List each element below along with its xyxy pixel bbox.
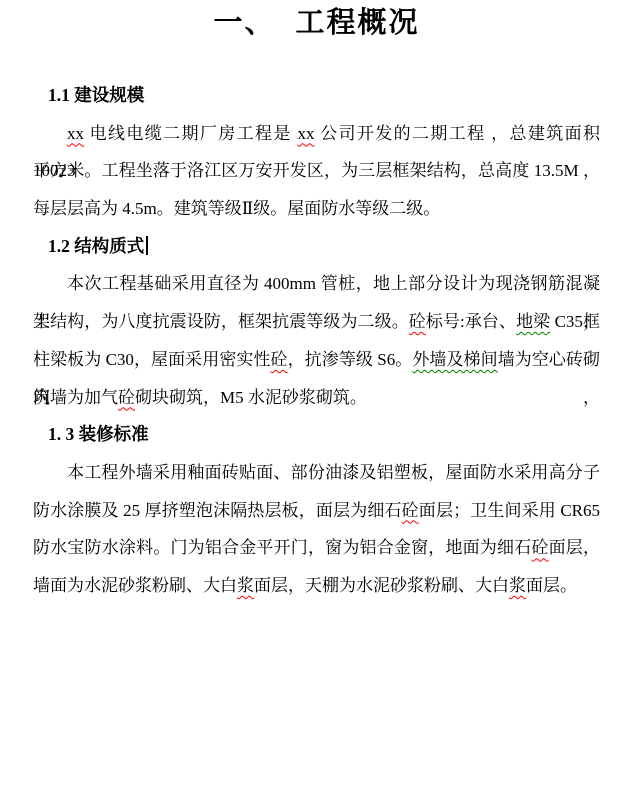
section-3-paragraph: 本工程外墙采用釉面砖贴面、部份油漆及铝塑板，屋面防水采用高分子防水涂膜及 25 … <box>33 454 600 605</box>
spellcheck-flagged-text: 砼 <box>402 501 419 520</box>
spellcheck-flagged-text: xx <box>67 124 84 143</box>
spellcheck-flagged-text: 砼 <box>271 350 288 369</box>
text-cursor <box>146 236 148 255</box>
text-run: 墙面为水泥砂浆粉刷、大白 <box>33 576 237 595</box>
grammar-flagged-text: 地梁 <box>516 312 550 331</box>
section-1-paragraph: xx 电线电缆二期厂房工程是 xx 公司开发的二期工程 ，总建筑面积 10023… <box>33 115 600 228</box>
spellcheck-flagged-text: 砼 <box>531 538 548 557</box>
text-run: ，抗渗等级 S6。 <box>288 350 413 369</box>
section-heading-2: 1.2 结构质式 <box>33 228 600 266</box>
text-run: C35， <box>550 312 600 331</box>
text-run: 每层层高为 4.5m。建筑等级Ⅱ级。屋面防水等级二级。 <box>33 199 440 218</box>
spellcheck-flagged-text: 砼 <box>118 388 135 407</box>
text-run: 面层；卫生间采用 CR65 <box>419 501 600 520</box>
paragraph-line: 防水宝防水涂料。门为铝合金平开门，窗为铝合金窗，地面为细石砼面层， <box>33 529 600 567</box>
paragraph-line: 墙面为水泥砂浆粉刷、大白浆面层，天棚为水泥砂浆粉刷、大白浆面层。 <box>33 567 600 605</box>
text-run: 标号:承台、 <box>426 312 516 331</box>
paragraph-line: 防水涂膜及 25 厚挤塑泡沫隔热层板，面层为细石砼面层；卫生间采用 CR65 <box>33 492 600 530</box>
text-run: 砌块砌筑，M5 水泥砂浆砌筑。 <box>135 388 367 407</box>
paragraph-line: 本次工程基础采用直径为 400mm 管桩，地上部分设计为现浇钢筋混凝土框 <box>33 265 600 303</box>
text-run: 面层， <box>549 538 600 557</box>
document-page: 一、 工程概况 1.1 建设规模 xx 电线电缆二期厂房工程是 xx 公司开发的… <box>0 0 628 791</box>
text-run: 防水涂膜及 25 厚挤塑泡沫隔热层板，面层为细石 <box>33 501 402 520</box>
section-heading-3: 1. 3 装修标准 <box>33 416 600 454</box>
text-run: 柱梁板为 C30，屋面采用密实性 <box>33 350 271 369</box>
spellcheck-flagged-text: 砼 <box>409 312 426 331</box>
paragraph-line: 柱梁板为 C30，屋面采用密实性砼，抗渗等级 S6。外墙及梯间墙为空心砖砌筑， <box>33 341 600 379</box>
text-run: 内墙为加气 <box>33 388 118 407</box>
paragraph-line: xx 电线电缆二期厂房工程是 xx 公司开发的二期工程 ，总建筑面积 10023 <box>33 115 600 153</box>
text-run: 架结构，为八度抗震设防，框架抗震等级为二级。 <box>33 312 409 331</box>
paragraph-line: 架结构，为八度抗震设防，框架抗震等级为二级。砼标号:承台、地梁 C35， <box>33 303 600 341</box>
paragraph-line: 每层层高为 4.5m。建筑等级Ⅱ级。屋面防水等级二级。 <box>33 190 600 228</box>
text-run: 面层。 <box>526 576 577 595</box>
paragraph-line: 平方米。工程坐落于洛江区万安开发区，为三层框架结构，总高度 13.5M ， <box>33 152 600 190</box>
section-heading-1: 1.1 建设规模 <box>33 77 600 115</box>
text-run: 平方米。工程坐落于洛江区万安开发区，为三层框架结构，总高度 13.5M ， <box>33 161 600 180</box>
page-title: 一、 工程概况 <box>33 0 600 46</box>
spellcheck-flagged-text: 浆 <box>237 576 254 595</box>
text-run: 本工程外墙采用釉面砖贴面、部份油漆及铝塑板，屋面防水采用高分子 <box>67 463 600 482</box>
spellcheck-flagged-text: xx <box>297 124 314 143</box>
text-run: 电线电缆二期厂房工程是 <box>84 124 297 143</box>
grammar-flagged-text: 外墙及梯间 <box>412 350 497 369</box>
text-run: 防水宝防水涂料。门为铝合金平开门，窗为铝合金窗，地面为细石 <box>33 538 531 557</box>
paragraph-line: 本工程外墙采用釉面砖贴面、部份油漆及铝塑板，屋面防水采用高分子 <box>33 454 600 492</box>
text-run: 面层，天棚为水泥砂浆粉刷、大白 <box>254 576 509 595</box>
spellcheck-flagged-text: 浆 <box>509 576 526 595</box>
section-2-paragraph: 本次工程基础采用直径为 400mm 管桩，地上部分设计为现浇钢筋混凝土框架结构，… <box>33 265 600 416</box>
